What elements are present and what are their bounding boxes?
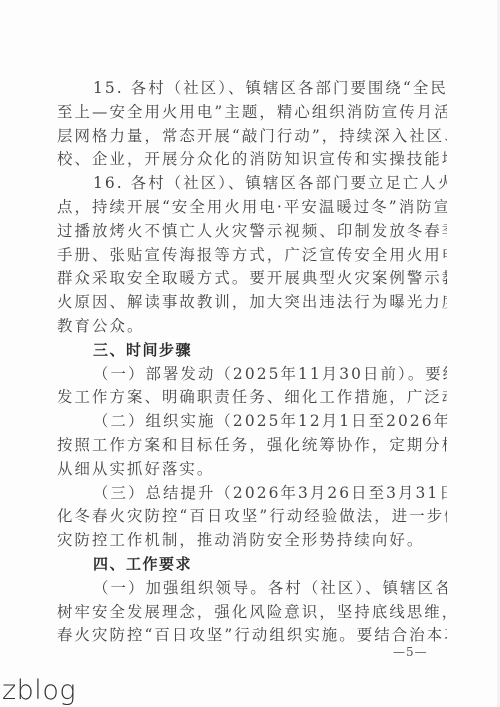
document-page: 15. 各村（社区）、镇辖区各部门要围绕“全民消防，生命至上—安全用火用电”主题…: [0, 0, 500, 707]
text-line: 教育公众。: [57, 315, 447, 339]
text-line: 15. 各村（社区）、镇辖区各部门要围绕“全民消防，生命: [57, 77, 447, 101]
section-heading: 四、工作要求: [57, 553, 447, 577]
text-line: 发工作方案、明确职责任务、细化工作措施，广泛动员部署。: [57, 386, 447, 410]
text-line: 从细从实抓好落实。: [57, 458, 447, 482]
section-heading: 三、时间步骤: [57, 339, 447, 363]
page-number: —5—: [393, 645, 428, 659]
text-line: 层网格力量，常态开展“敲门行动”，持续深入社区、家庭、学: [57, 125, 447, 149]
text-line: 16. 各村（社区）、镇辖区各部门要立足亡人火灾和冬季特: [57, 172, 447, 196]
text-line: 春火灾防控“百日攻坚”行动组织实施。要结合治本攻坚三年行: [57, 624, 447, 648]
text-line: 灾防控工作机制，推动消防安全形势持续向好。: [57, 529, 447, 553]
text-line: 校、企业，开展分众化的消防知识宣传和实操技能培训。: [57, 148, 447, 172]
text-line: （二）组织实施（2025年12月1日至2026年3月25日）。: [57, 410, 447, 434]
text-line: 树牢安全发展理念，强化风险意识，坚持底线思维，层层抓好冬: [57, 601, 447, 625]
text-line: （三）总结提升（2026年3月26日至3月31日）。总结固: [57, 482, 447, 506]
text-line: 化冬春火灾防控“百日攻坚”行动经验做法，进一步健全完善火: [57, 505, 447, 529]
text-line: 点，持续开展“安全用火用电·平安温暖过冬”消防宣传活动，通: [57, 196, 447, 220]
text-line: 群众采取安全取暖方式。要开展典型火灾案例警示教育，剖析起: [57, 267, 447, 291]
watermark-text: zblog: [2, 675, 76, 706]
text-line: 按照工作方案和目标任务，强化统筹协作，定期分析研判，从严: [57, 434, 447, 458]
text-line: 过播放烤火不慎亡人火灾警示视频、印制发放冬春季节消防宣传: [57, 220, 447, 244]
text-line: （一）加强组织领导。各村（社区）、镇辖区各部门要切实: [57, 577, 447, 601]
text-line: 手册、张贴宣传海报等方式，广泛宣传安全用火用电常识，引导: [57, 244, 447, 268]
text-line: 火原因、解读事故教训，加大突出违法行为曝光力度，警示企业、: [57, 291, 447, 315]
document-body: 15. 各村（社区）、镇辖区各部门要围绕“全民消防，生命至上—安全用火用电”主题…: [57, 77, 447, 648]
text-line: 至上—安全用火用电”主题，精心组织消防宣传月活动。联动基: [57, 101, 447, 125]
text-line: （一）部署发动（2025年11月30日前）。要结合实际，制: [57, 363, 447, 387]
